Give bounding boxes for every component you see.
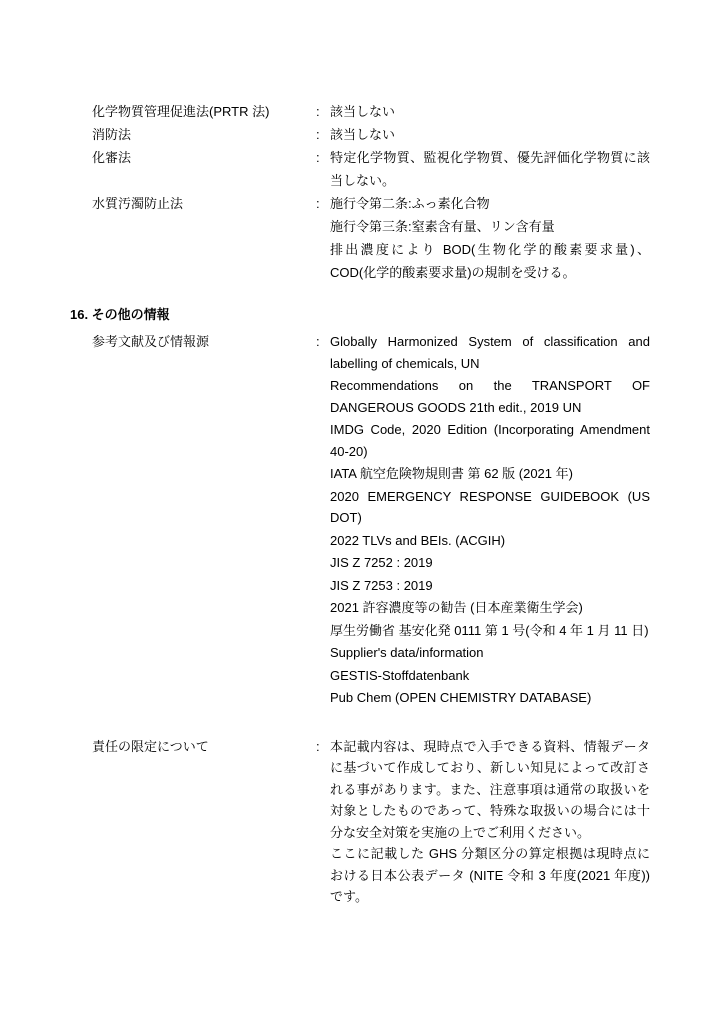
regulatory-info-section: 化学物質管理促進法(PRTR 法) : 該当しない 消防法 : 該当しない 化審… [92,100,664,284]
field-value: 該当しない [330,123,650,146]
field-label: 責任の限定について [92,736,316,758]
colon-separator: : [316,192,330,215]
colon-separator: : [316,146,330,169]
reference-item: Globally Harmonized System of classifica… [330,331,650,374]
field-value: 施行令第二条:ふっ素化合物 施行令第三条:窒素含有量、リン含有量 排出濃度により… [330,192,650,284]
reference-item: 2022 TLVs and BEIs. (ACGIH) [330,530,650,552]
field-label: 消防法 [92,123,316,146]
field-value: 特定化学物質、監視化学物質、優先評価化学物質に該当しない。 [330,146,650,192]
reference-item: IATA 航空危険物規則書 第 62 版 (2021 年) [330,463,650,485]
reference-item: Supplier's data/information [330,642,650,664]
colon-separator: : [316,123,330,146]
reference-item: Pub Chem (OPEN CHEMISTRY DATABASE) [330,687,650,709]
references-list: Globally Harmonized System of classifica… [330,331,650,710]
reference-item: 厚生労働省 基安化発 0111 第 1 号(令和 4 年 1 月 11 日) [330,620,650,642]
field-row-prtr: 化学物質管理促進法(PRTR 法) : 該当しない [92,100,664,123]
disclaimer-paragraph: 本記載内容は、現時点で入手できる資料、情報データに基づいて作成しており、新しい知… [330,736,650,844]
field-label: 化審法 [92,146,316,169]
field-label: 参考文献及び情報源 [92,331,316,353]
reference-item: 2021 許容濃度等の勧告 (日本産業衛生学会) [330,597,650,619]
field-row-fire-service-law: 消防法 : 該当しない [92,123,664,146]
value-line: 排出濃度により BOD(生物化学的酸素要求量)、COD(化学的酸素要求量)の規制… [330,238,650,284]
value-line: 特定化学物質、監視化学物質、優先評価化学物質に該当しない。 [330,146,650,192]
disclaimer-paragraph: ここに記載した GHS 分類区分の算定根拠は現時点における日本公表データ (NI… [330,843,650,908]
reference-item: IMDG Code, 2020 Edition (Incorporating A… [330,419,650,462]
field-row-disclaimer: 責任の限定について : 本記載内容は、現時点で入手できる資料、情報データに基づい… [92,736,664,908]
value-line: 該当しない [330,123,650,146]
value-line: 該当しない [330,100,650,123]
field-row-kashinhou: 化審法 : 特定化学物質、監視化学物質、優先評価化学物質に該当しない。 [92,146,664,192]
colon-separator: : [316,331,330,353]
reference-item: 2020 EMERGENCY RESPONSE GUIDEBOOK (US DO… [330,486,650,529]
field-label: 水質汚濁防止法 [92,192,316,215]
section-title: 16. その他の情報 [70,304,664,325]
reference-item: Recommendations on the TRANSPORT OF DANG… [330,375,650,418]
field-row-references: 参考文献及び情報源 : Globally Harmonized System o… [92,331,664,710]
value-line: 施行令第二条:ふっ素化合物 [330,192,650,215]
page-content: 化学物質管理促進法(PRTR 法) : 該当しない 消防法 : 該当しない 化審… [92,100,664,908]
field-row-water-pollution-law: 水質汚濁防止法 : 施行令第二条:ふっ素化合物 施行令第三条:窒素含有量、リン含… [92,192,664,284]
field-value: 該当しない [330,100,650,123]
colon-separator: : [316,100,330,123]
value-line: 施行令第三条:窒素含有量、リン含有量 [330,215,650,238]
reference-item: JIS Z 7252 : 2019 [330,552,650,574]
field-label: 化学物質管理促進法(PRTR 法) [92,100,316,123]
colon-separator: : [316,736,330,758]
disclaimer-text: 本記載内容は、現時点で入手できる資料、情報データに基づいて作成しており、新しい知… [330,736,650,908]
reference-item: JIS Z 7253 : 2019 [330,575,650,597]
other-information-section: 16. その他の情報 参考文献及び情報源 : Globally Harmoniz… [92,304,664,908]
sds-document-page: 化学物質管理促進法(PRTR 法) : 該当しない 消防法 : 該当しない 化審… [0,0,723,1024]
reference-item: GESTIS-Stoffdatenbank [330,665,650,687]
